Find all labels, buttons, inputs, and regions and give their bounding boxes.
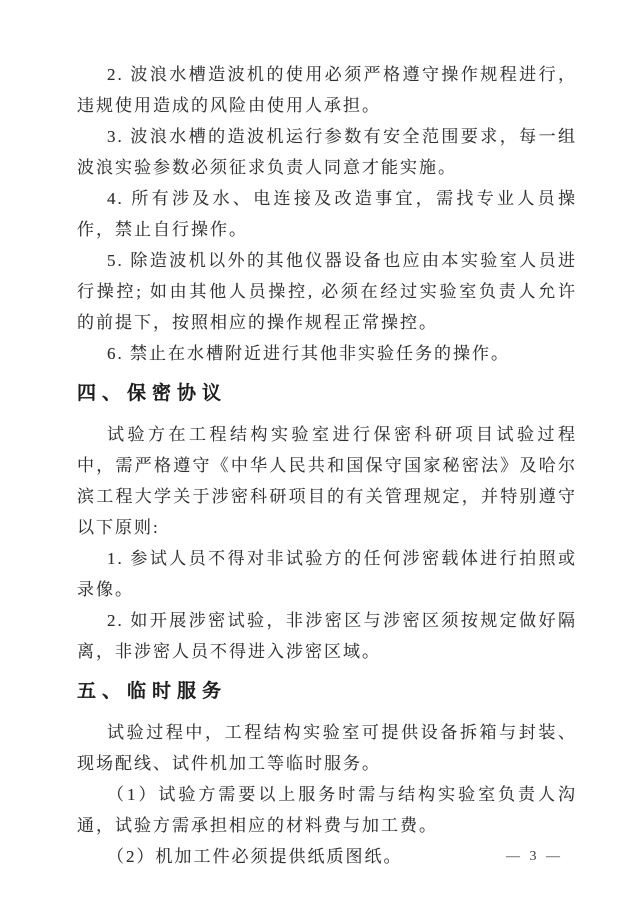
service-item-2: （2）机加工件必须提供纸质图纸。 <box>77 841 577 872</box>
rule-item-2: 2. 波浪水槽造波机的使用必须严格遵守操作规程进行，违规使用造成的风险由使用人承… <box>77 59 577 121</box>
service-item-1: （1）试验方需要以上服务时需与结构实验室负责人沟通，试验方需承担相应的材料费与加… <box>77 779 577 841</box>
rule-item-6: 6. 禁止在水槽附近进行其他非实验任务的操作。 <box>77 338 577 369</box>
rule-item-5: 5. 除造波机以外的其他仪器设备也应由本实验室人员进行操控; 如由其他人员操控,… <box>77 245 577 338</box>
temporary-services-intro-paragraph: 试验过程中，工程结构实验室可提供设备拆箱与封装、现场配线、试件机加工等临时服务。 <box>77 717 577 779</box>
rule-item-4: 4. 所有涉及水、电连接及改造事宜，需找专业人员操作，禁止自行操作。 <box>77 183 577 245</box>
section-heading-confidentiality: 四、保密协议 <box>77 378 577 410</box>
page-number: — 3 — <box>506 849 563 865</box>
confidentiality-item-2: 2. 如开展涉密试验，非涉密区与涉密区须按规定做好隔离，非涉密人员不得进入涉密区… <box>77 605 577 667</box>
confidentiality-intro-paragraph: 试验方在工程结构实验室进行保密科研项目试验过程中，需严格遵守《中华人民共和国保守… <box>77 419 577 543</box>
section-heading-temporary-services: 五、临时服务 <box>77 676 577 708</box>
rule-item-3: 3. 波浪水槽的造波机运行参数有安全范围要求，每一组波浪实验参数必须征求负责人同… <box>77 121 577 183</box>
confidentiality-item-1: 1. 参试人员不得对非试验方的任何涉密载体进行拍照或录像。 <box>77 543 577 605</box>
document-page: 2. 波浪水槽造波机的使用必须严格遵守操作规程进行，违规使用造成的风险由使用人承… <box>0 0 639 904</box>
